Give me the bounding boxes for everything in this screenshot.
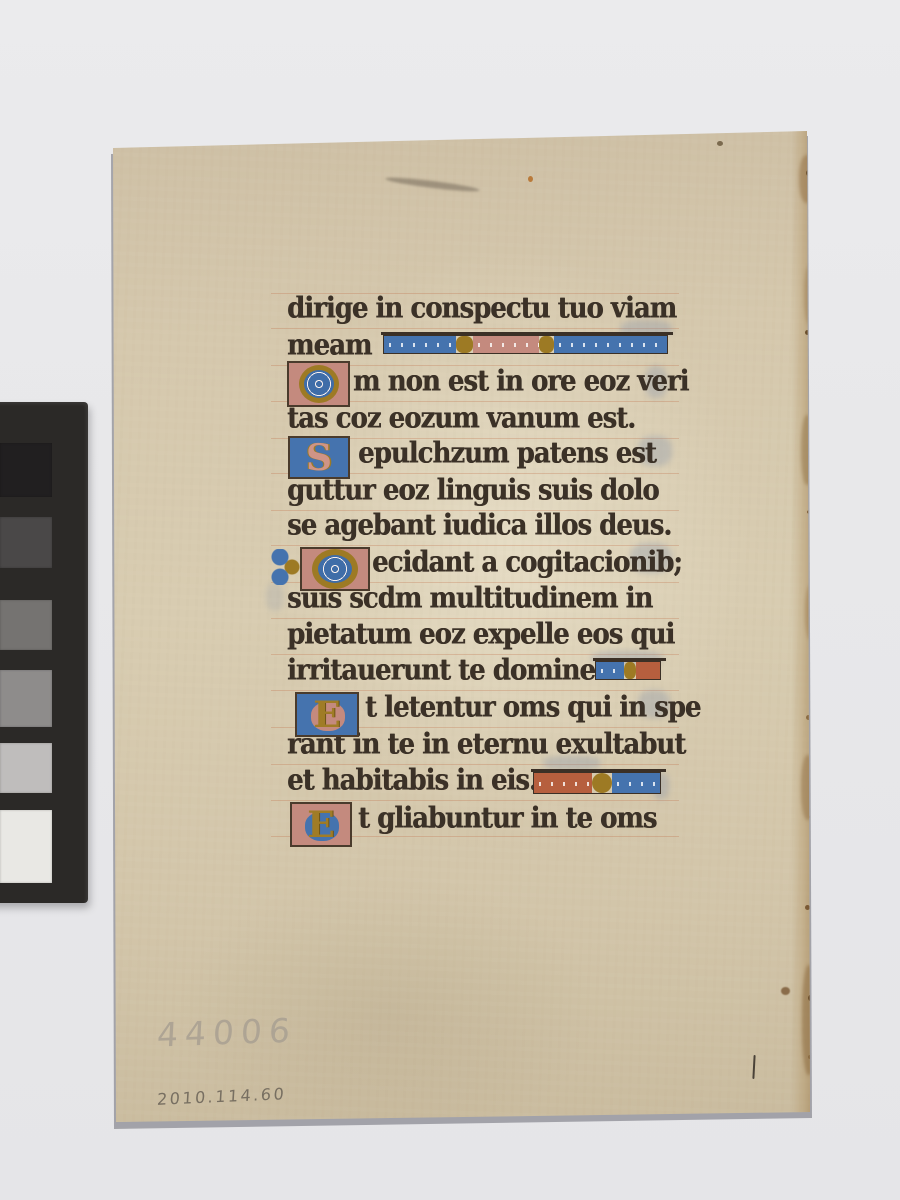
line-filler-2 [595,661,661,680]
line-filler-1 [383,335,668,354]
illuminated-initial-Q: Q [287,361,350,407]
gray-patch-6 [0,810,52,883]
ink-dot-top-right [717,141,723,146]
gray-patch-1 [0,443,52,497]
illuminated-initial-E2: E [290,802,352,847]
text-line: irritauerunt te domine [287,651,595,692]
gray-patch-3 [0,600,52,650]
text-line: t letentur oms qui in spe [365,688,700,729]
gray-patch-5 [0,743,52,793]
gray-patch-2 [0,517,52,568]
illuminated-initial-E1: E [295,692,359,737]
stain-dot-bottom-right [781,987,790,995]
deckled-right-edge [791,125,817,1117]
line-filler-3 [533,772,661,794]
text-line: se agebant iudica illos deus. [287,506,671,547]
text-line: et habitabis in eis. [287,761,537,802]
gray-patch-4 [0,670,52,727]
text-line: pietatum eoz expelle eos qui [287,615,674,656]
text-line: epulchzum patens est [358,434,656,475]
text-line: ecidant a cogitacionib; [372,543,682,584]
grayscale-calibration-target [0,402,88,903]
pencil-collection-number: 44006 [156,1011,298,1055]
illuminated-initial-D: D [300,547,370,591]
manuscript-leaf: dirige in conspectu tuo viam meam m non … [95,115,825,1135]
parchment-sheet: dirige in conspectu tuo viam meam m non … [95,115,825,1135]
rust-speck [528,176,533,182]
illuminated-initial-S: S [288,436,350,479]
photo-stage: dirige in conspectu tuo viam meam m non … [0,0,900,1200]
text-line: dirige in conspectu tuo viam [287,289,676,330]
text-line: t gliabuntur in te oms [358,799,656,840]
text-line: m non est in ore eoz veri [353,362,688,403]
initial-D-flourish [271,549,301,585]
